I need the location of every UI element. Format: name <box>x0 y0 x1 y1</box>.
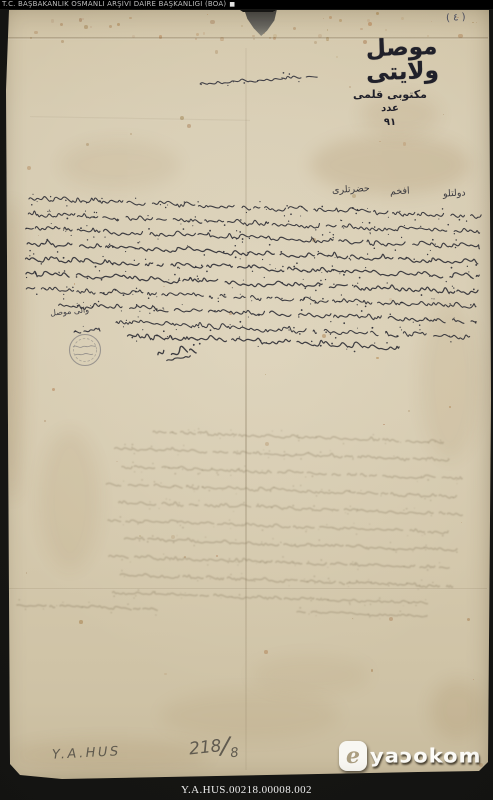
age-stain <box>0 200 25 500</box>
foxing-spot <box>82 18 84 20</box>
letterhead-office-line: مكتوبى قلمى <box>320 88 460 101</box>
fold-crease-middle <box>8 588 487 590</box>
foxing-spot <box>79 18 83 22</box>
foxing-spot <box>385 29 387 31</box>
foxing-spot <box>117 23 120 26</box>
age-stain <box>430 680 485 740</box>
archive-scan-viewer: T.C. BAŞBAKANLIK OSMANLI ARŞİVİ DAİRE BA… <box>0 0 493 800</box>
foxing-spot <box>273 37 276 40</box>
foxing-spot <box>403 142 406 145</box>
page-number-mark: ( ٤ ) <box>446 11 479 24</box>
archive-header-bar: T.C. BAŞBAKANLIK OSMANLI ARŞİVİ DAİRE BA… <box>0 0 493 9</box>
foxing-spot <box>195 38 197 40</box>
foxing-spot <box>164 673 167 676</box>
foxing-spot <box>180 116 184 120</box>
letterhead-vilayet-title: موصل ولايتى <box>331 34 473 87</box>
foxing-spot <box>90 26 92 28</box>
foxing-spot <box>116 461 118 463</box>
image-caption: Y.A.HUS.00218.00008.002 <box>0 784 493 796</box>
letterhead: موصل ولايتى مكتوبى قلمى عدد ٩١ <box>320 36 460 128</box>
watermark-text: yaɔokom <box>370 745 481 768</box>
document-page: ( ٤ ) موصل ولايتى مكتوبى قلمى عدد ٩١ دول… <box>0 0 493 785</box>
foxing-spot <box>383 424 385 426</box>
foxing-spot <box>30 37 32 39</box>
archive-fond-code: Y.A.HUS <box>52 744 121 763</box>
foxing-spot <box>203 32 206 35</box>
foxing-spot <box>371 669 373 671</box>
foxing-spot <box>215 50 219 54</box>
foxing-spot <box>34 31 38 35</box>
foxing-spot <box>379 141 380 142</box>
foxing-spot <box>323 18 324 19</box>
foxing-spot <box>360 28 362 30</box>
foxing-spot <box>352 618 353 619</box>
foxing-spot <box>265 442 269 446</box>
foxing-spot <box>86 143 90 147</box>
archive-file-number: 218/8 <box>188 731 239 764</box>
foxing-spot <box>368 22 372 26</box>
watermark-e-icon: e <box>339 741 367 771</box>
foxing-spot <box>159 35 162 38</box>
letterhead-number-label: عدد <box>320 103 460 114</box>
signature-second-line <box>74 324 101 333</box>
seal-stamp-icon <box>70 335 101 366</box>
foxing-spot <box>196 33 199 36</box>
foxing-spot <box>461 522 463 524</box>
foxing-spot <box>51 19 54 22</box>
foxing-spot <box>130 133 132 135</box>
foxing-spot <box>74 283 76 285</box>
salutation-word-efham: افخم <box>390 185 410 197</box>
foxing-spot <box>61 40 64 43</box>
age-stain <box>160 690 340 740</box>
foxing-spot <box>367 19 370 22</box>
watermark-logo: e yaɔokom <box>339 741 481 771</box>
foxing-spot <box>52 388 55 391</box>
foxing-spot <box>207 14 208 15</box>
foxing-spot <box>265 374 266 375</box>
foxing-spot <box>327 29 329 31</box>
foxing-spot <box>264 650 268 654</box>
foxing-spot <box>79 620 83 624</box>
foxing-spot <box>129 17 132 20</box>
foxing-spot <box>171 535 175 539</box>
foxing-spot <box>253 38 255 40</box>
archive-name-label: T.C. BAŞBAKANLIK OSMANLI ARŞİVİ DAİRE BA… <box>0 0 226 8</box>
paper-tear-notch <box>244 9 277 36</box>
letterhead-number-value: ٩١ <box>320 117 460 128</box>
foxing-spot <box>376 12 379 15</box>
foxing-spot <box>401 17 404 20</box>
age-stain <box>40 430 100 570</box>
age-stain <box>420 300 480 460</box>
foxing-spot <box>187 124 191 128</box>
foxing-spot <box>241 25 243 27</box>
foxing-spot <box>431 21 432 22</box>
foxing-spot <box>269 37 271 39</box>
foxing-spot <box>329 16 332 19</box>
foxing-spot <box>314 41 317 44</box>
foxing-spot <box>408 410 410 412</box>
signature-title: والى موصل <box>50 303 111 317</box>
foxing-spot <box>38 235 39 236</box>
foxing-spot <box>139 535 141 537</box>
foxing-spot <box>467 618 470 621</box>
foxing-spot <box>229 312 232 315</box>
foxing-spot <box>312 238 316 242</box>
salutation-word-devletlu: دولتلو <box>443 187 466 199</box>
foxing-spot <box>389 617 393 621</box>
foxing-spot <box>322 334 326 338</box>
foxing-spot <box>252 35 255 38</box>
bleedthrough-ghost-text <box>17 421 465 626</box>
age-stain <box>60 140 180 190</box>
signature-flourish <box>157 344 196 362</box>
docket-note-handwriting <box>200 69 324 89</box>
foxing-spot <box>293 27 297 31</box>
foxing-spot <box>109 291 112 294</box>
foxing-spot <box>339 19 343 23</box>
header-marker-icon: ■ <box>229 1 235 8</box>
foxing-spot <box>163 286 165 288</box>
fold-crease-faint <box>30 116 250 122</box>
foxing-spot <box>84 25 88 29</box>
foxing-spot <box>132 35 135 38</box>
foxing-spot <box>44 420 46 422</box>
foxing-spot <box>216 555 218 557</box>
foxing-spot <box>60 23 64 27</box>
foxing-spot <box>273 34 277 38</box>
foxing-spot <box>184 556 186 558</box>
fold-crease-vertical <box>245 48 247 770</box>
handwritten-body-text <box>21 191 485 357</box>
foxing-spot <box>220 37 224 41</box>
salutation-word-hazretleri: حضرتلرى <box>332 183 370 196</box>
foxing-spot <box>109 25 113 29</box>
foxing-spot <box>389 298 392 301</box>
foxing-spot <box>376 357 379 360</box>
age-stain <box>250 655 370 695</box>
file-number: 218 <box>188 736 222 759</box>
foxing-spot <box>26 572 28 574</box>
foxing-spot <box>27 166 32 171</box>
item-number: 8 <box>230 745 240 761</box>
foxing-spot <box>473 679 475 681</box>
foxing-spot <box>210 20 214 24</box>
foxing-spot <box>449 406 451 408</box>
